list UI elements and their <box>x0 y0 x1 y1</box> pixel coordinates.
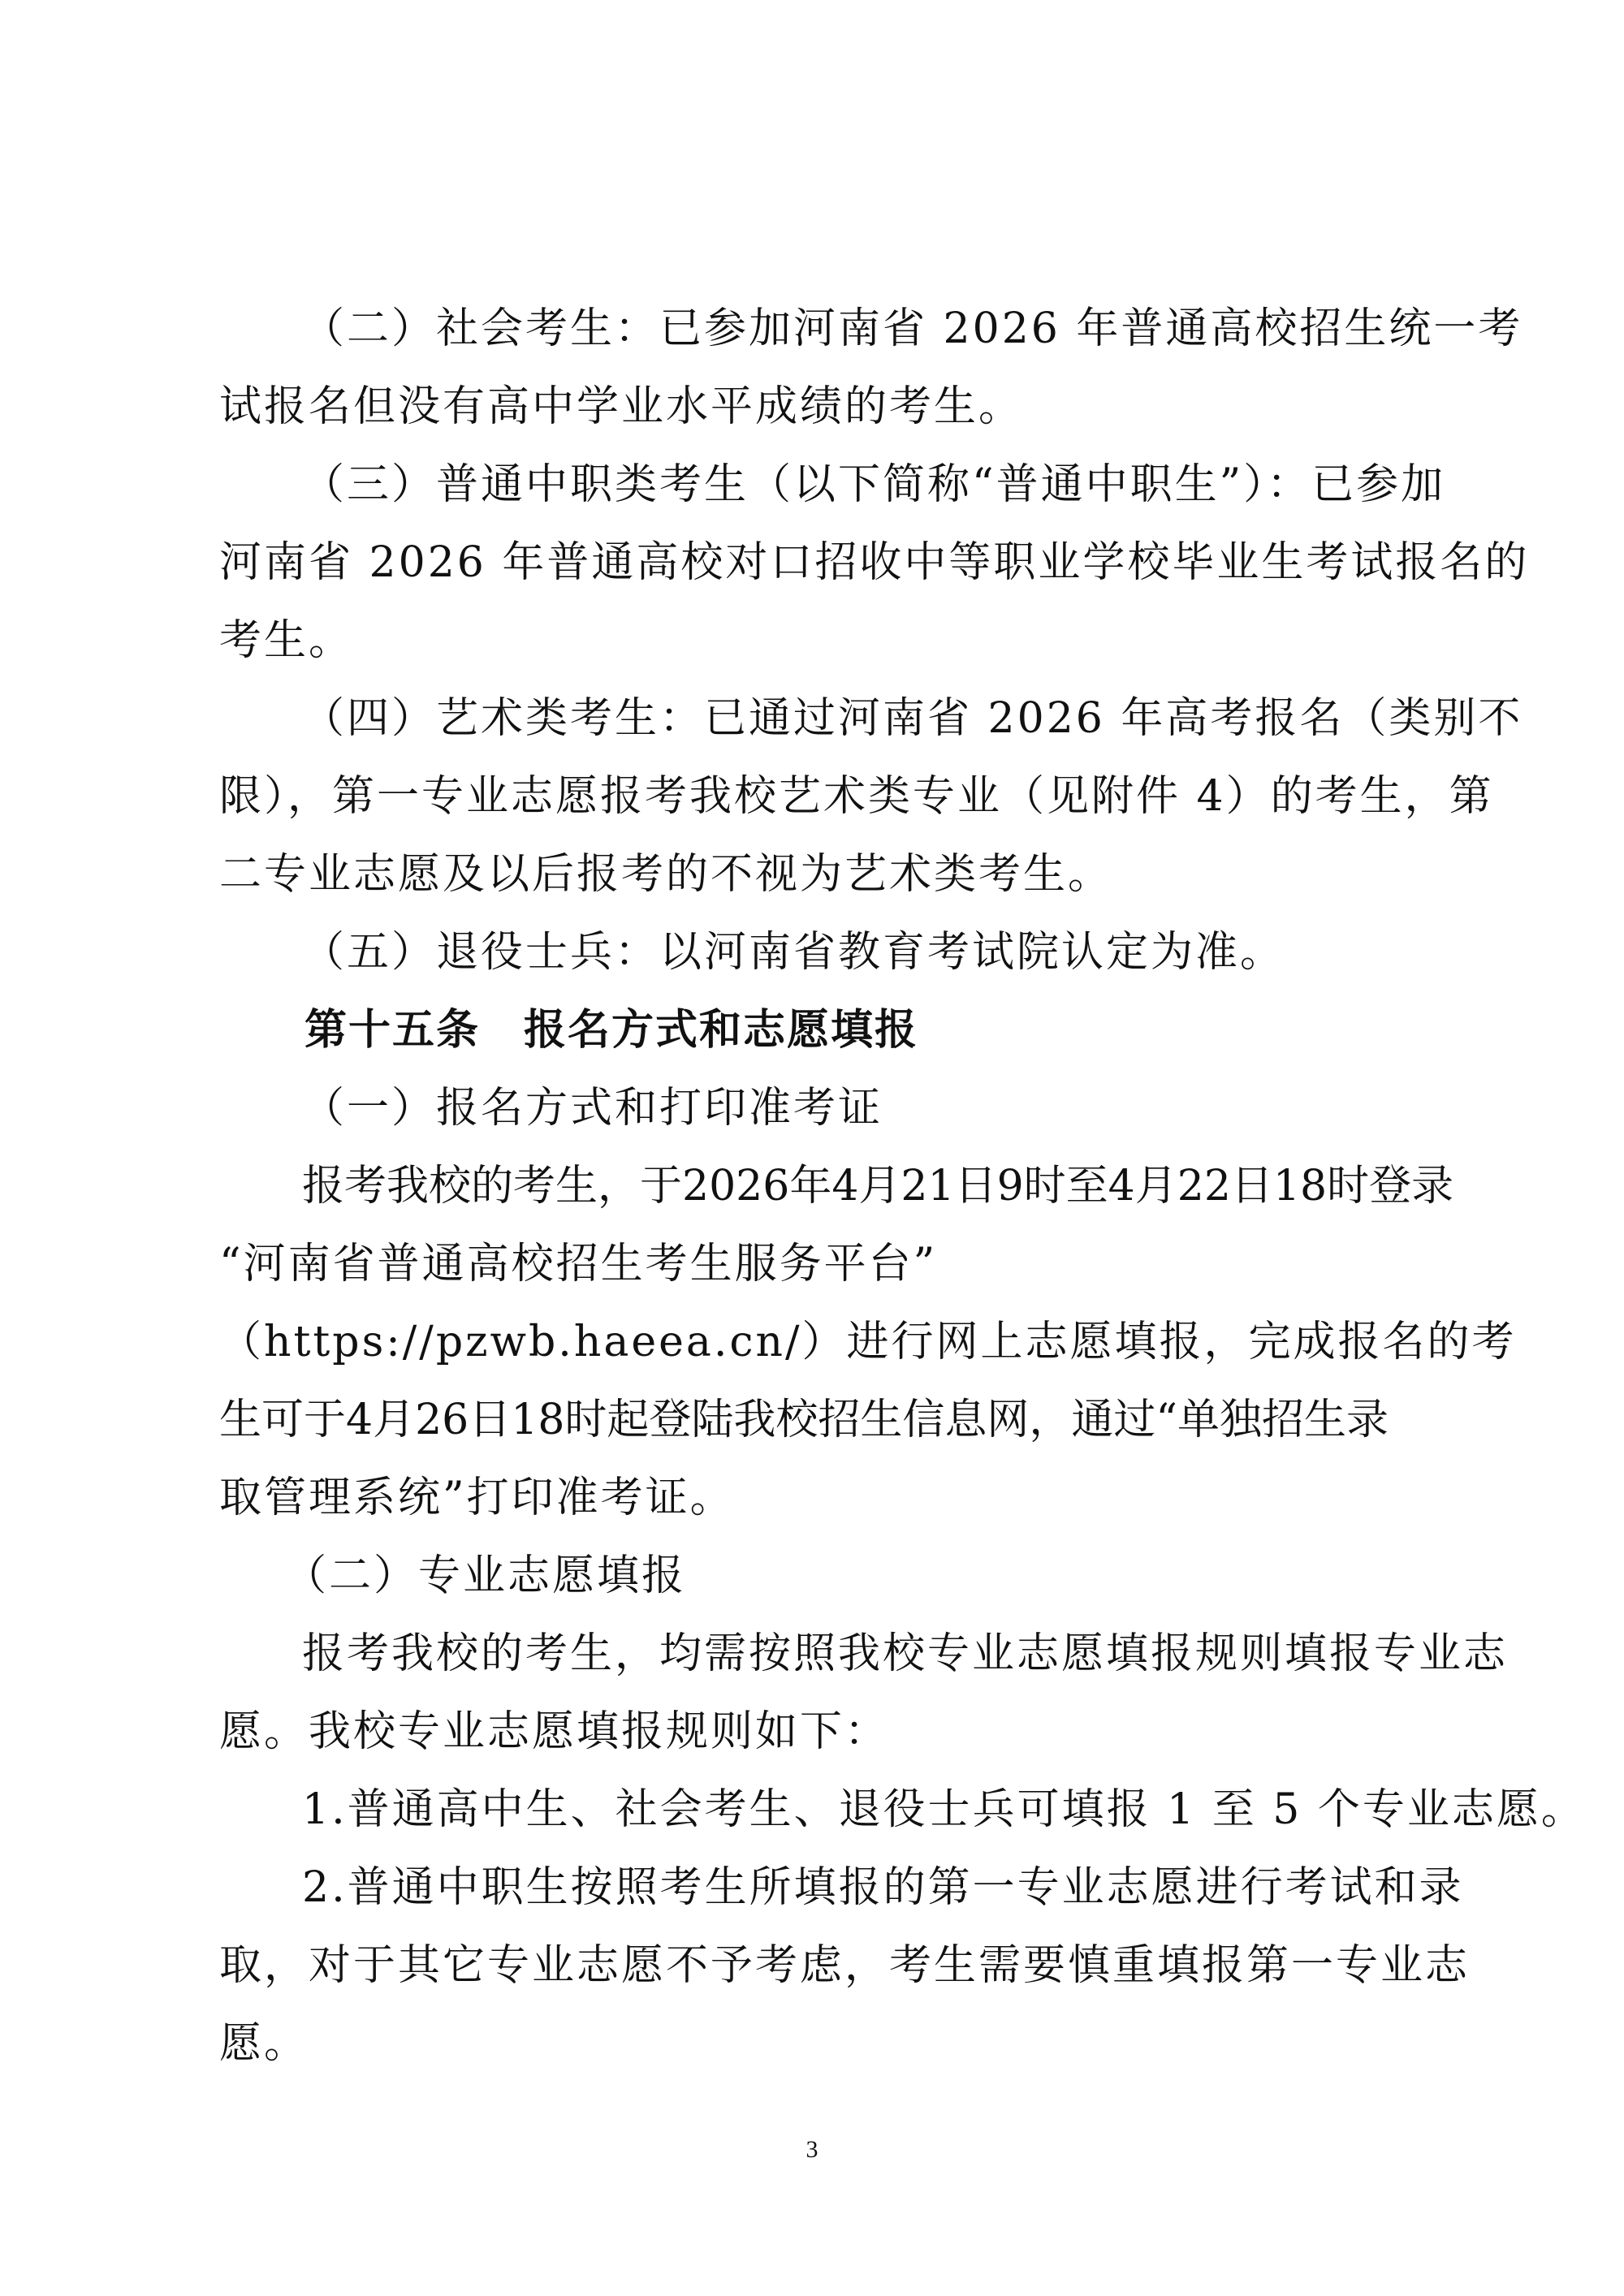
paragraph-registration-line-2: “河南省普通高校招生考生服务平台” <box>219 1240 1437 1288</box>
paragraph-veterans-line-1: （五）退役士兵：以河南省教育考试院认定为准。 <box>302 928 1520 977</box>
subsection-1-heading: （一）报名方式和打印准考证 <box>302 1084 1520 1133</box>
rule-1-line: 1.普通高中生、社会考生、退役士兵可填报 1 至 5 个专业志愿。 <box>302 1785 1520 1834</box>
rule-2-line-2: 取，对于其它专业志愿不予考虑，考生需要慎重填报第一专业志 <box>219 1941 1437 1990</box>
rule-2-line-1: 2.普通中职生按照考生所填报的第一专业志愿进行考试和录 <box>302 1863 1520 1912</box>
paragraph-vocational-candidates-line-1: （三）普通中职类考生（以下简称“普通中职生”）：已参加 <box>302 460 1520 509</box>
paragraph-registration-line-3: （https://pzwb.haeea.cn/）进行网上志愿填报，完成报名的考 <box>219 1318 1437 1366</box>
rule-2-line-3: 愿。 <box>219 2019 1437 2068</box>
page-number: 3 <box>0 2135 1624 2164</box>
document-page: （二）社会考生：已参加河南省 2026 年普通高校招生统一考 试报名但没有高中学… <box>0 0 1624 2296</box>
paragraph-art-candidates-line-1: （四）艺术类考生：已通过河南省 2026 年高考报名（类别不 <box>302 694 1520 743</box>
paragraph-art-candidates-line-3: 二专业志愿及以后报考的不视为艺术类考生。 <box>219 850 1437 899</box>
paragraph-social-candidates-line-1: （二）社会考生：已参加河南省 2026 年普通高校招生统一考 <box>302 304 1520 353</box>
paragraph-registration-line-5: 取管理系统”打印准考证。 <box>219 1474 1437 1522</box>
paragraph-preference-line-2: 愿。我校专业志愿填报规则如下： <box>219 1707 1437 1756</box>
paragraph-vocational-candidates-line-3: 考生。 <box>219 616 1437 665</box>
paragraph-preference-line-1: 报考我校的考生，均需按照我校专业志愿填报规则填报专业志 <box>302 1629 1520 1678</box>
paragraph-registration-line-1: 报考我校的考生，于2026年4月21日9时至4月22日18时登录 <box>302 1162 1520 1211</box>
subsection-2-heading: （二）专业志愿填报 <box>284 1552 1502 1600</box>
article-15-heading: 第十五条 报名方式和志愿填报 <box>304 1006 1522 1055</box>
paragraph-vocational-candidates-line-2: 河南省 2026 年普通高校对口招收中等职业学校毕业生考试报名的 <box>219 538 1437 587</box>
paragraph-art-candidates-line-2: 限），第一专业志愿报考我校艺术类专业（见附件 4）的考生，第 <box>219 772 1437 821</box>
paragraph-registration-line-4: 生可于4月26日18时起登陆我校招生信息网，通过“单独招生录 <box>219 1396 1437 1444</box>
paragraph-social-candidates-line-2: 试报名但没有高中学业水平成绩的考生。 <box>219 382 1437 431</box>
